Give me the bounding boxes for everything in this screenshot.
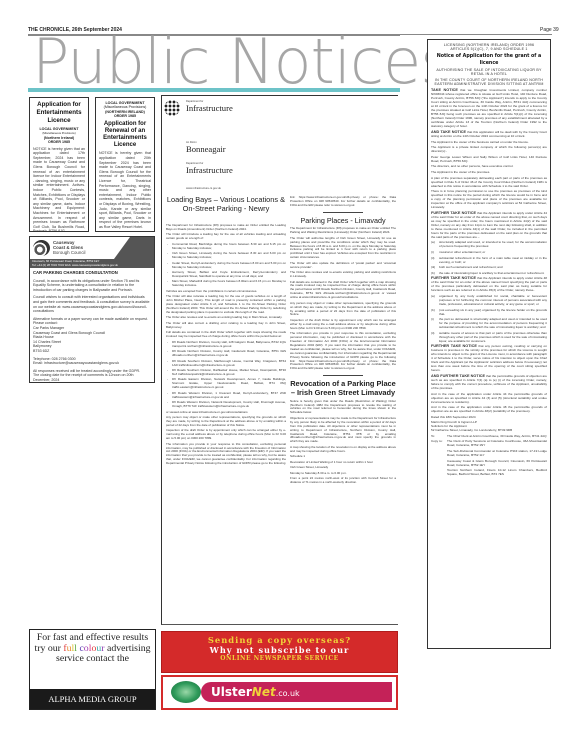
notice-paragraph: Any person may object or make other repr… <box>290 302 396 318</box>
solicitor-line: 52 Catherine Street, Limavady, Co London… <box>431 428 547 432</box>
notice-paragraph: Revocation of Limited Waiting of 1 hour … <box>290 461 396 465</box>
notice-title: Parking Places - Limavady <box>290 217 396 226</box>
list-item: Harmony Street, Belfast and Foyle Embank… <box>166 271 286 279</box>
ulsternet-brand: UlsterNet.co.uk <box>201 682 392 702</box>
alpha-media-advert[interactable]: For fast and effective results try our f… <box>29 629 156 710</box>
act-line: AUTHORISING THE SALE OF INTOXICATING LIQ… <box>431 68 547 77</box>
recipient-row: The Sub-Divisional Commander at Colerain… <box>431 449 547 457</box>
list-item: Commercial Road, Banbridge during the ho… <box>166 243 286 251</box>
act-line: ORDER 1985 <box>99 114 151 118</box>
dfi-logo-icon <box>164 100 180 116</box>
notice-paragraph: There is in force planning permission to… <box>431 189 547 209</box>
notice-entertainments-renewal: LOCAL GOVERNMENT (Miscellaneous Provisio… <box>95 97 155 232</box>
notice-paragraph: Objections or representations may be mad… <box>290 417 396 444</box>
email: Email: infrastructure@causewaycoastandgl… <box>33 361 151 366</box>
notice-paragraph: that the Applicant intends to apply unde… <box>431 211 547 239</box>
notice-paragraph: The Order will also update the definitio… <box>290 262 396 270</box>
recipient-row: Tourism Northern Ireland, Floors 10-12 L… <box>431 468 547 476</box>
council-logo-icon <box>33 240 50 256</box>
notice-paragraph: that any person owning, residing or carr… <box>431 344 547 372</box>
notice-paragraph: And in the case of the application under… <box>431 405 547 413</box>
list-item: Cedar Street, Derry/Londonderry during t… <box>166 262 286 270</box>
notice-paragraph: Notice is hereby given that under the Ro… <box>290 400 396 416</box>
notice-liquor-licence: LICENSING (NORTHERN IRELAND) ORDER 1996 … <box>427 39 551 649</box>
schedule-label: Schedule 1 <box>290 455 396 459</box>
notice-paragraph: Irish Green Street, Limavady <box>290 466 396 470</box>
notice-paragraph: A map showing the location of the revoca… <box>290 446 396 454</box>
dept-url[interactable]: www.infrastructure-ni.gov.uk <box>186 186 221 190</box>
list-item: Irish Green Street, Limavady during the … <box>166 252 286 260</box>
accent-bar <box>28 88 400 92</box>
list-item: DfI Roads Eastern Division, Network Deve… <box>166 378 286 390</box>
ad-line: advertising <box>105 643 151 654</box>
notice-title: Revocation of a Parking Place – Irish Gr… <box>290 380 396 398</box>
notice-paragraph: The Applicant is: George Graham <box>99 231 151 232</box>
recipient-row: To:The Chief Clerk at Antrim Courthouse,… <box>431 434 547 438</box>
notice-paragraph: The Order also revokes and re-enacts an … <box>166 316 286 320</box>
ad-line: ONLINE NEWSPAPER SERVICE <box>162 655 397 663</box>
notice-title: Notice of Application for the grant of a… <box>436 53 543 67</box>
full-colour-text: full colour <box>63 643 104 654</box>
ulsternet-advert[interactable]: UlsterNet.co.uk <box>161 675 398 710</box>
list-item: DfI Roads Western Division, Network Deve… <box>166 401 286 409</box>
list-item: DfI Roads Northern Division, County Hall… <box>166 350 286 358</box>
notice-paragraph: Inspection of the draft Order is by appo… <box>290 319 396 331</box>
list-item: (a)structurally adapted and used, or int… <box>431 240 547 248</box>
council-contact: Tel: +44 (0) 28 7034 7034 Web: www.cause… <box>32 264 152 268</box>
page-title: Public Notices <box>32 30 452 94</box>
notice-title: Application for Renewal of an Entertainm… <box>99 121 151 150</box>
act-line: ARTICLES 5(1)(C), 7, 9 AND SCHEDULE 1 <box>431 47 547 51</box>
notice-paragraph: And in the case of the application under… <box>431 392 547 404</box>
council-name: Borough Council <box>53 250 85 255</box>
notice-paragraph: that we Cloughan Investments Limited, co… <box>431 88 547 128</box>
ad-brand: ALPHA MEDIA GROUP <box>30 689 155 710</box>
ad-line: service contact the <box>30 654 155 665</box>
notice-paragraph: or viewed online at www.infrastructure-n… <box>166 411 286 415</box>
notice-paragraph: Full details are contained in the draft … <box>166 331 286 339</box>
notice-paragraph: Any person may object or make other repr… <box>166 416 286 428</box>
divider <box>323 212 363 213</box>
list-item: (i)musical or other entertainment; or <box>431 250 547 254</box>
notice-paragraph: The Applicant is the owner of the busine… <box>431 140 547 144</box>
recipient-row: Causeway Coast & Glens Borough Council, … <box>431 459 547 467</box>
notice-paragraph: The closing date for the receipt of comm… <box>33 373 151 382</box>
contact-line: BT53 6DZ <box>33 349 151 354</box>
notice-paragraph: Inspection of the draft Order is by appo… <box>166 429 286 441</box>
notice-paragraph: NOTICE is hereby given that an applicati… <box>33 147 85 232</box>
list-item: (ii)substantial refreshment in the form … <box>431 256 547 264</box>
notice-title: Loading Bays – Various Locations & On-St… <box>166 195 286 213</box>
notice-entertainments-licence: Application for Entertainments Licence L… <box>29 97 89 232</box>
act-line: ORDER 1985 <box>33 140 85 144</box>
list-item: DfI Roads Northern Division, County Hall… <box>166 341 286 349</box>
notice-paragraph: Council, in accordance with its obligati… <box>33 279 151 293</box>
notice-paragraph: The Applicant is a private limited compa… <box>431 145 547 153</box>
recipient-row: Copy to:The Clerk of Petty Sessions at C… <box>431 439 547 447</box>
list-item: (ii)suitable means of access to that par… <box>431 331 547 343</box>
list-item: (i)the part so delineated is structurall… <box>431 317 547 329</box>
dept-name: Bonneagair <box>186 144 226 154</box>
notice-title: Application for Entertainments Licence <box>33 101 85 125</box>
notice-paragraph: A plan of the premises separately deline… <box>431 176 547 188</box>
subscription-advert[interactable]: Sending a copy overseas? Why not subscri… <box>161 631 398 673</box>
dfi-notices: Department for Infrastructure An Roinn B… <box>161 95 398 625</box>
dated-line: Dated this 18th September 2024 <box>431 415 547 419</box>
ad-line: try our <box>35 643 64 654</box>
notice-paragraph: The information you provide in your resp… <box>290 332 396 371</box>
list-item: (a)organised by any body established for… <box>431 294 547 306</box>
notice-paragraph: The Applicant is the owner of the premis… <box>431 170 547 174</box>
notice-paragraph: The information you provide in your resp… <box>166 443 286 466</box>
globe-icon <box>171 681 201 703</box>
notice-paragraph: The directors, and no other persons, hav… <box>431 164 547 168</box>
notice-paragraph: The Department for Infrastructure (DfI) … <box>290 227 396 235</box>
consultation-heading: CAR PARKING CHARGES CONSULTATION <box>33 271 151 276</box>
list-item: DfI Roads Southern Division, Rathkeltair… <box>166 369 286 377</box>
council-header: Causeway Coast & Glens Borough Council <box>30 237 154 259</box>
dept-name: Infrastructure <box>186 165 233 175</box>
notice-paragraph: Full details are contained in the draft … <box>290 281 396 301</box>
list-item: (b)(not exceeding six in any year) organ… <box>431 308 547 316</box>
notice-paragraph: From a point 24 metres north-west of its… <box>290 477 396 485</box>
notice-paragraph: Council wishes to consult with intereste… <box>33 295 151 313</box>
page-number: Page 39 <box>540 27 559 33</box>
notice-paragraph: Vehicles are excepted from the prohibiti… <box>166 290 286 294</box>
notice-paragraph: The Order will authorise lengths of Iris… <box>290 237 396 260</box>
divider <box>323 375 363 376</box>
ad-line: Why not subscribe to our <box>162 645 397 655</box>
notice-paragraph: The Order also revokes and re-enacts exi… <box>290 271 396 279</box>
list-item: Main Street, Markethill during the hours… <box>166 280 286 288</box>
notice-paragraph: The Department for Infrastructure (DfI) … <box>166 224 286 232</box>
dept-name: Infrastructure <box>186 103 233 113</box>
list-item: (iii)both such entertainment and refresh… <box>431 265 547 269</box>
notice-paragraph: Peter George Lowen Wilson and Sally Wils… <box>431 155 547 163</box>
list-item: DfI Roads Western Division, 1 Crescent R… <box>166 392 286 400</box>
act-line: IN THE COUNTY COURT OF NORTHERN IRELAND … <box>431 78 547 87</box>
notice-paragraph: The Order will also correct a drafting e… <box>166 322 286 330</box>
notice-paragraph: The Order will introduce a loading bay f… <box>166 233 286 241</box>
notice-paragraph: NOTICE is hereby given that application … <box>99 151 151 229</box>
ad-line: Sending a copy overseas? <box>162 635 397 645</box>
notice-paragraph: Monday to Saturday 8.30 a.m. to 6.00 p.m… <box>290 472 396 476</box>
notice-paragraph: The Order will also relocate a loading b… <box>166 295 286 315</box>
list-item: DfI Roads Southern Division, Marlborough… <box>166 360 286 368</box>
list-item: (b)the sale of intoxicating liquor is an… <box>431 271 547 275</box>
notice-paragraph: Alternative formats or a paper survey ca… <box>33 317 151 326</box>
notice-car-parking-consultation: Causeway Coast & Glens Borough Council C… <box>29 236 155 383</box>
notice-paragraph: link: https://www.infrastructure-ni.gov.… <box>290 196 396 208</box>
